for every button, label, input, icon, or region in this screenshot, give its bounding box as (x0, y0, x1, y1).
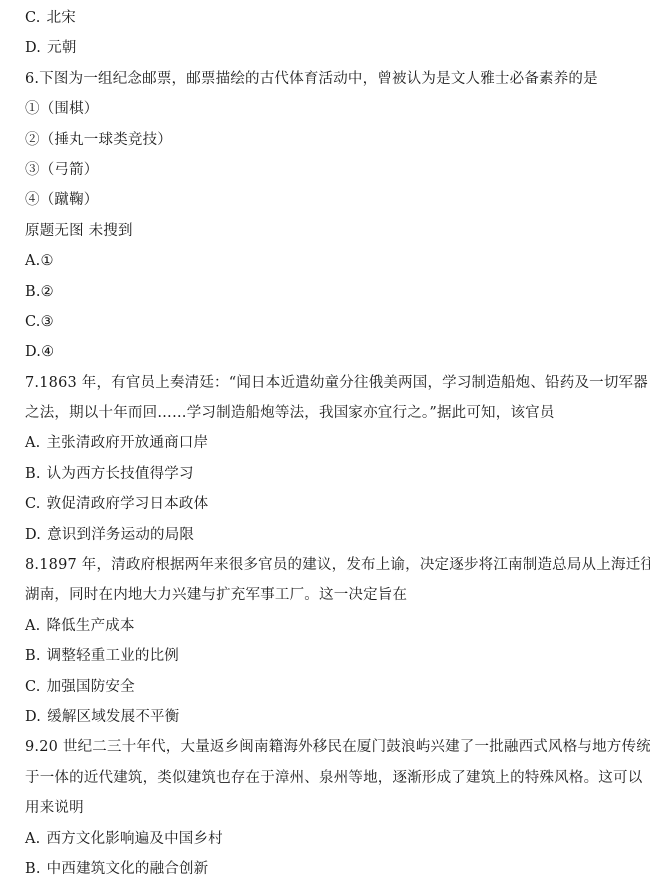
option-letter: B. (25, 648, 41, 664)
option-text: ③ (41, 314, 54, 330)
option-text: 调整轻重工业的比例 (47, 648, 179, 664)
option-text: 西方文化影响遍及中国乡村 (46, 831, 222, 847)
question-6-stem: 6.下图为一组纪念邮票，邮票描绘的古代体育活动中，曾被认为是文人雅士必备素养的是 (25, 64, 647, 94)
question-8-stem-line-2: 湖南，同时在内地大力兴建与扩充军事工厂。这一决定旨在 (25, 580, 647, 610)
option-letter: B. (25, 861, 41, 877)
question-6-item-1: ①（围棋） (25, 94, 647, 124)
option-text: 缓解区域发展不平衡 (47, 709, 179, 725)
option-letter: D. (25, 40, 41, 56)
question-7-option-d: D.意识到洋务运动的局限 (25, 520, 647, 550)
option-letter: B. (25, 284, 41, 300)
option-text: 降低生产成本 (46, 618, 134, 634)
option-text: 中西建筑文化的融合创新 (47, 861, 209, 877)
question-8-option-c: C.加强国防安全 (25, 672, 647, 702)
option-letter: C. (25, 679, 41, 695)
option-letter: D. (25, 527, 41, 543)
option-letter: A. (25, 253, 40, 269)
question-8-option-d: D.缓解区域发展不平衡 (25, 702, 647, 732)
question-9-option-b: B.中西建筑文化的融合创新 (25, 854, 647, 884)
option-letter: A. (25, 831, 40, 847)
question-9-stem-line-1: 9.20 世纪二三十年代，大量返乡闽南籍海外移民在厦门鼓浪屿兴建了一批融西式风格… (25, 732, 647, 762)
option-text: ④ (41, 344, 54, 360)
option-letter: C. (25, 496, 41, 512)
option-text: 北宋 (47, 10, 76, 26)
question-9-stem-line-3: 用来说明 (25, 793, 647, 823)
option-text: 加强国防安全 (47, 679, 135, 695)
option-letter: D. (25, 344, 41, 360)
question-6-item-2: ②（捶丸一球类竞技） (25, 125, 647, 155)
option-text: 意识到洋务运动的局限 (47, 527, 194, 543)
option-letter: C. (25, 10, 41, 26)
option-d: D.元朝 (25, 33, 647, 63)
question-8-option-b: B.调整轻重工业的比例 (25, 641, 647, 671)
question-6-item-4: ④（蹴鞠） (25, 185, 647, 215)
question-8-stem-line-1: 8.1897 年，清政府根据两年来很多官员的建议，发布上谕，决定逐步将江南制造总… (25, 550, 647, 580)
option-letter: B. (25, 466, 41, 482)
question-7-option-a: A.主张清政府开放通商口岸 (25, 428, 647, 458)
question-6-note: 原题无图 未搜到 (25, 216, 647, 246)
option-text: 认为西方长技值得学习 (47, 466, 194, 482)
option-c: C.北宋 (25, 3, 647, 33)
question-7-stem-line-2: 之法，期以十年而回……学习制造船炮等法，我国家亦宜行之。”据此可知，该官员 (25, 398, 647, 428)
option-text: 主张清政府开放通商口岸 (46, 435, 208, 451)
question-6-option-c: C.③ (25, 307, 647, 337)
question-7-option-b: B.认为西方长技值得学习 (25, 459, 647, 489)
question-9-stem-line-2: 于一体的近代建筑，类似建筑也存在于漳州、泉州等地，逐渐形成了建筑上的特殊风格。这… (25, 763, 647, 793)
option-letter: A. (25, 435, 40, 451)
question-6-option-b: B.② (25, 277, 647, 307)
option-letter: C. (25, 314, 41, 330)
question-8-option-a: A.降低生产成本 (25, 611, 647, 641)
question-7-option-c: C.敦促清政府学习日本政体 (25, 489, 647, 519)
option-letter: A. (25, 618, 40, 634)
question-9-option-a: A.西方文化影响遍及中国乡村 (25, 824, 647, 854)
question-7-stem-line-1: 7.1863 年，有官员上奏清廷：“闻日本近遣幼童分往俄美两国，学习制造船炮、铅… (25, 368, 647, 398)
exam-document: C.北宋 D.元朝 6.下图为一组纪念邮票，邮票描绘的古代体育活动中，曾被认为是… (25, 3, 647, 884)
option-text: 敦促清政府学习日本政体 (47, 496, 209, 512)
option-text: ② (41, 284, 54, 300)
option-text: 元朝 (47, 40, 76, 56)
option-letter: D. (25, 709, 41, 725)
option-text: ① (40, 253, 53, 269)
question-6-option-a: A.① (25, 246, 647, 276)
question-6-option-d: D.④ (25, 337, 647, 367)
question-6-item-3: ③（弓箭） (25, 155, 647, 185)
